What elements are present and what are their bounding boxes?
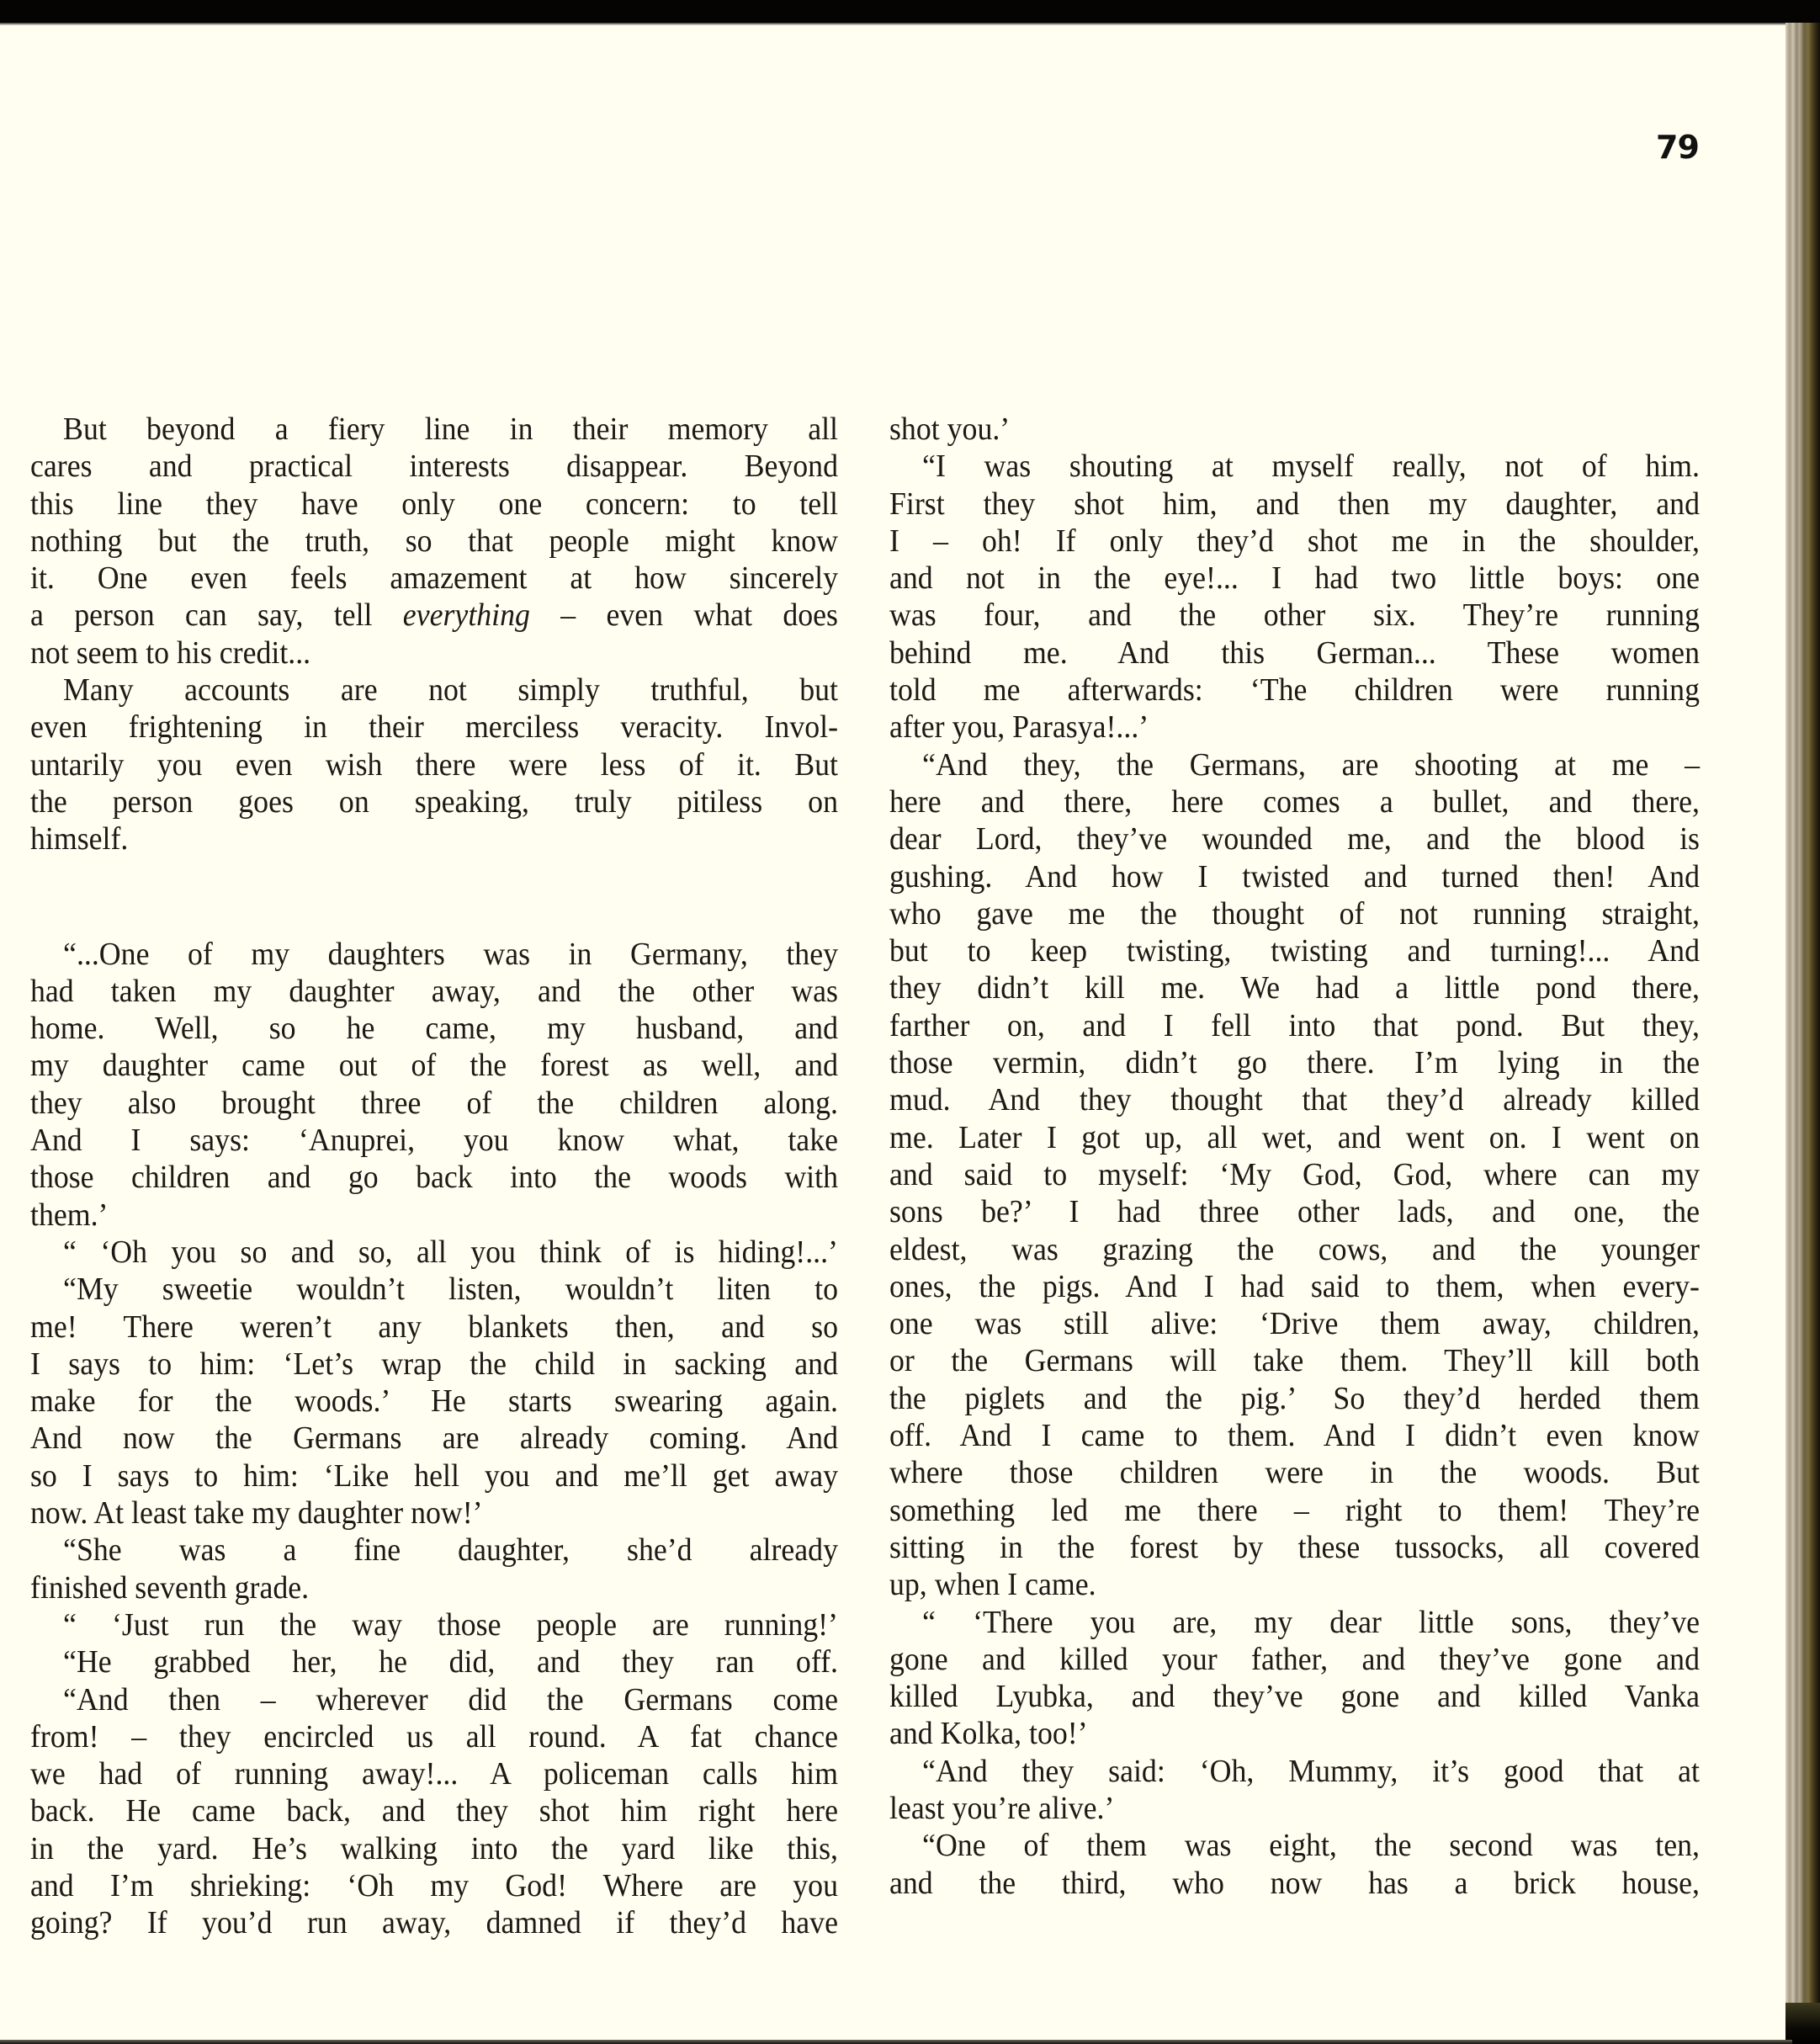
text-line: Many accounts are not simply truthful, b… [30,672,838,709]
text-line: me. Later I got up, all wet, and went on… [889,1119,1700,1156]
text-line: who gave me the thought of not running s… [889,895,1700,932]
text-line: and not in the eye!... I had two little … [889,560,1700,597]
text-line: finished seventh grade. [30,1569,838,1606]
text-line: a person can say, tell everything – even… [30,597,838,634]
text-line: here and there, here comes a bullet, and… [889,783,1700,820]
text-line: mud. And they thought that they’d alread… [889,1081,1700,1118]
text-line: ones, the pigs. And I had said to them, … [889,1268,1700,1305]
scan-top-border [0,0,1820,23]
text-line: even frightening in their merciless vera… [30,709,838,746]
text-line: “ ‘There you are, my dear little sons, t… [889,1604,1700,1641]
text-line: “And they said: ‘Oh, Mummy, it’s good th… [889,1753,1700,1790]
text-segment: – even what does [530,597,838,633]
right-text-column: shot you.’“I was shouting at myself real… [889,411,1700,1902]
text-line: nothing but the truth, so that people mi… [30,523,838,560]
text-line: dear Lord, they’ve wounded me, and the b… [889,820,1700,857]
page-number: 79 [1656,131,1699,163]
text-line: from! – they encircled us all round. A f… [30,1718,838,1755]
text-line: home. Well, so he came, my husband, and [30,1010,838,1047]
text-line: but to keep twisting, twisting and turni… [889,932,1700,969]
left-text-column: But beyond a fiery line in their memory … [30,411,838,1942]
text-line: where those children were in the woods. … [889,1454,1700,1491]
text-line: farther on, and I fell into that pond. B… [889,1007,1700,1044]
text-line: “One of them was eight, the second was t… [889,1827,1700,1864]
text-line: off. And I came to them. And I didn’t ev… [889,1417,1700,1454]
text-line: this line they have only one concern: to… [30,486,838,523]
book-edge-bottom [1786,2003,1820,2044]
text-line: eldest, was grazing the cows, and the yo… [889,1231,1700,1268]
text-line: we had of running away!... A policeman c… [30,1755,838,1792]
text-line: and Kolka, too!’ [889,1715,1700,1752]
text-line: them.’ [30,1197,838,1234]
text-line: And now the Germans are already coming. … [30,1420,838,1457]
text-line: gushing. And how I twisted and turned th… [889,858,1700,895]
text-line: “She was a fine daughter, she’d already [30,1532,838,1569]
text-line: had taken my daughter away, and the othe… [30,973,838,1010]
text-line: and the third, who now has a brick house… [889,1865,1700,1902]
paragraph-gap [30,858,838,936]
text-line: back. He came back, and they shot him ri… [30,1792,838,1829]
text-line: and I’m shrieking: ‘Oh my God! Where are… [30,1867,838,1904]
text-line: “...One of my daughters was in Germany, … [30,936,838,973]
text-line: not seem to his credit... [30,634,838,672]
text-line: untarily you even wish there were less o… [30,746,838,783]
text-line: now. At least take my daughter now!’ [30,1495,838,1532]
text-line: those vermin, didn’t go there. I’m lying… [889,1044,1700,1081]
text-line: And I says: ‘Anuprei, you know what, tak… [30,1122,838,1159]
text-line: make for the woods.’ He starts swearing … [30,1383,838,1420]
text-line: himself. [30,820,838,857]
text-line: the piglets and the pig.’ So they’d herd… [889,1380,1700,1417]
text-line: I – oh! If only they’d shot me in the sh… [889,523,1700,560]
text-line: so I says to him: ‘Like hell you and me’… [30,1457,838,1495]
text-line: least you’re alive.’ [889,1790,1700,1827]
text-line: “He grabbed her, he did, and they ran of… [30,1643,838,1680]
book-page-edges [1786,23,1820,2044]
text-line: “ ‘Oh you so and so, all you think of is… [30,1234,838,1271]
text-line: after you, Parasya!...’ [889,709,1700,746]
text-line: something led me there – right to them! … [889,1492,1700,1529]
text-line: gone and killed your father, and they’ve… [889,1641,1700,1678]
text-line: up, when I came. [889,1566,1700,1603]
text-line: and said to myself: ‘My God, God, where … [889,1156,1700,1193]
text-line: one was still alive: ‘Drive them away, c… [889,1305,1700,1342]
text-line: me! There weren’t any blankets then, and… [30,1309,838,1346]
text-line: sons be?’ I had three other lads, and on… [889,1193,1700,1230]
text-line: shot you.’ [889,411,1700,448]
text-line: was four, and the other six. They’re run… [889,597,1700,634]
text-segment: a person can say, tell [30,597,403,633]
italic-emphasis: everything [403,597,530,633]
text-line: or the Germans will take them. They’ll k… [889,1342,1700,1379]
text-line: it. One even feels amazement at how sinc… [30,560,838,597]
text-line: “I was shouting at myself really, not of… [889,448,1700,485]
text-line: in the yard. He’s walking into the yard … [30,1830,838,1867]
text-line: But beyond a fiery line in their memory … [30,411,838,448]
text-line: sitting in the forest by these tussocks,… [889,1529,1700,1566]
text-line: going? If you’d run away, damned if they… [30,1904,838,1941]
text-line: killed Lyubka, and they’ve gone and kill… [889,1678,1700,1715]
text-line: they also brought three of the children … [30,1085,838,1122]
text-line: told me afterwards: ‘The children were r… [889,672,1700,709]
text-line: cares and practical interests disappear.… [30,448,838,485]
text-line: “And they, the Germans, are shooting at … [889,746,1700,783]
text-line: “My sweetie wouldn’t listen, wouldn’t li… [30,1271,838,1308]
text-line: the person goes on speaking, truly pitil… [30,783,838,820]
text-line: First they shot him, and then my daughte… [889,486,1700,523]
scan-bottom-border [0,2040,1792,2044]
text-line: they didn’t kill me. We had a little pon… [889,969,1700,1006]
text-line: my daughter came out of the forest as we… [30,1047,838,1084]
text-line: “ ‘Just run the way those people are run… [30,1606,838,1643]
text-line: “And then – wherever did the Germans com… [30,1681,838,1718]
text-line: those children and go back into the wood… [30,1159,838,1196]
text-line: I says to him: ‘Let’s wrap the child in … [30,1346,838,1383]
text-line: behind me. And this German... These wome… [889,634,1700,672]
